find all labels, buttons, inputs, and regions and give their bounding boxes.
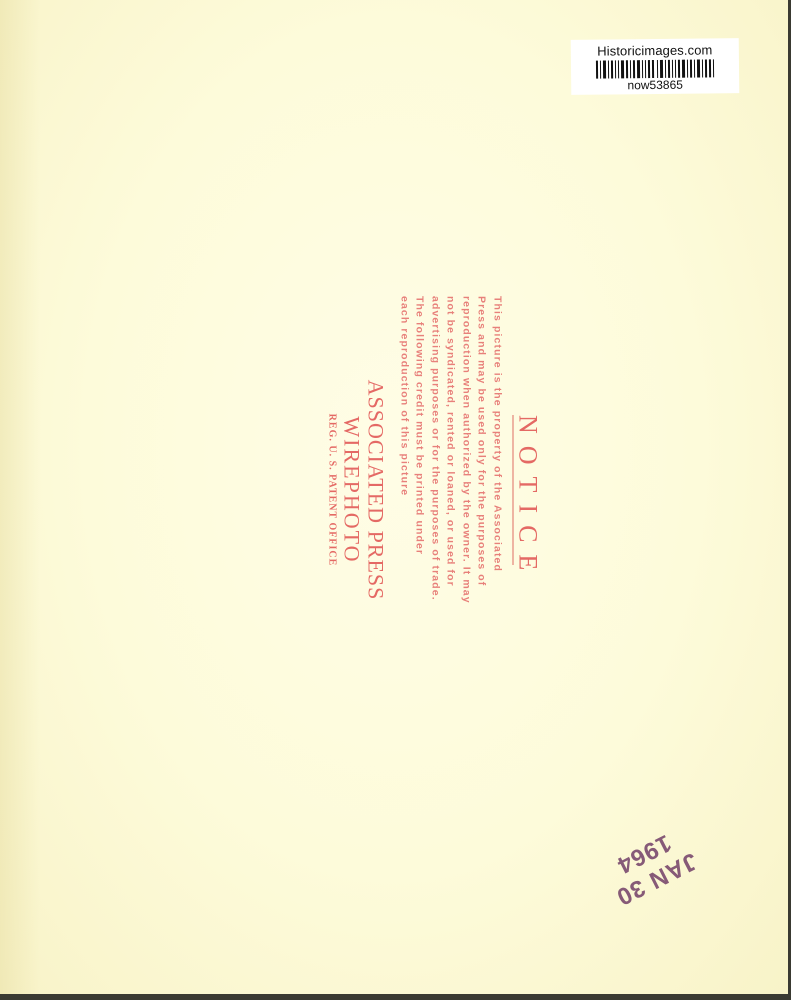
- label-site-name: Historicimages.com: [571, 42, 739, 59]
- label-item-code: now53865: [571, 77, 739, 93]
- notice-line: advertising purposes or for the purposes…: [427, 296, 443, 684]
- archive-barcode-label: Historicimages.com now53865: [571, 38, 740, 95]
- agency-name: ASSOCIATED PRESS: [364, 280, 388, 700]
- ap-notice-stamp: NOTICE This picture is the property of t…: [302, 280, 547, 700]
- agency-product: WIREPHOTO: [340, 280, 364, 700]
- notice-line: The following credit must be printed und…: [411, 296, 427, 684]
- notice-line: each reproduction of this picture: [396, 296, 412, 684]
- date-stamp: JAN 30 1964: [579, 812, 720, 921]
- barcode-icon: [596, 59, 714, 78]
- notice-body: This picture is the property of the Asso…: [396, 280, 505, 700]
- photo-back-paper: Historicimages.com now53865 NOTICE This …: [0, 0, 788, 994]
- notice-line: reproduction when authorized by the owne…: [458, 296, 474, 684]
- registration-note: REG. U. S. PATENT OFFICE: [327, 280, 338, 700]
- notice-line: This picture is the property of the Asso…: [489, 296, 505, 684]
- notice-line: Press and may be used only for the purpo…: [473, 296, 489, 684]
- notice-line: not be syndicated, rented or loaned, or …: [442, 296, 458, 684]
- notice-title: NOTICE: [512, 415, 541, 565]
